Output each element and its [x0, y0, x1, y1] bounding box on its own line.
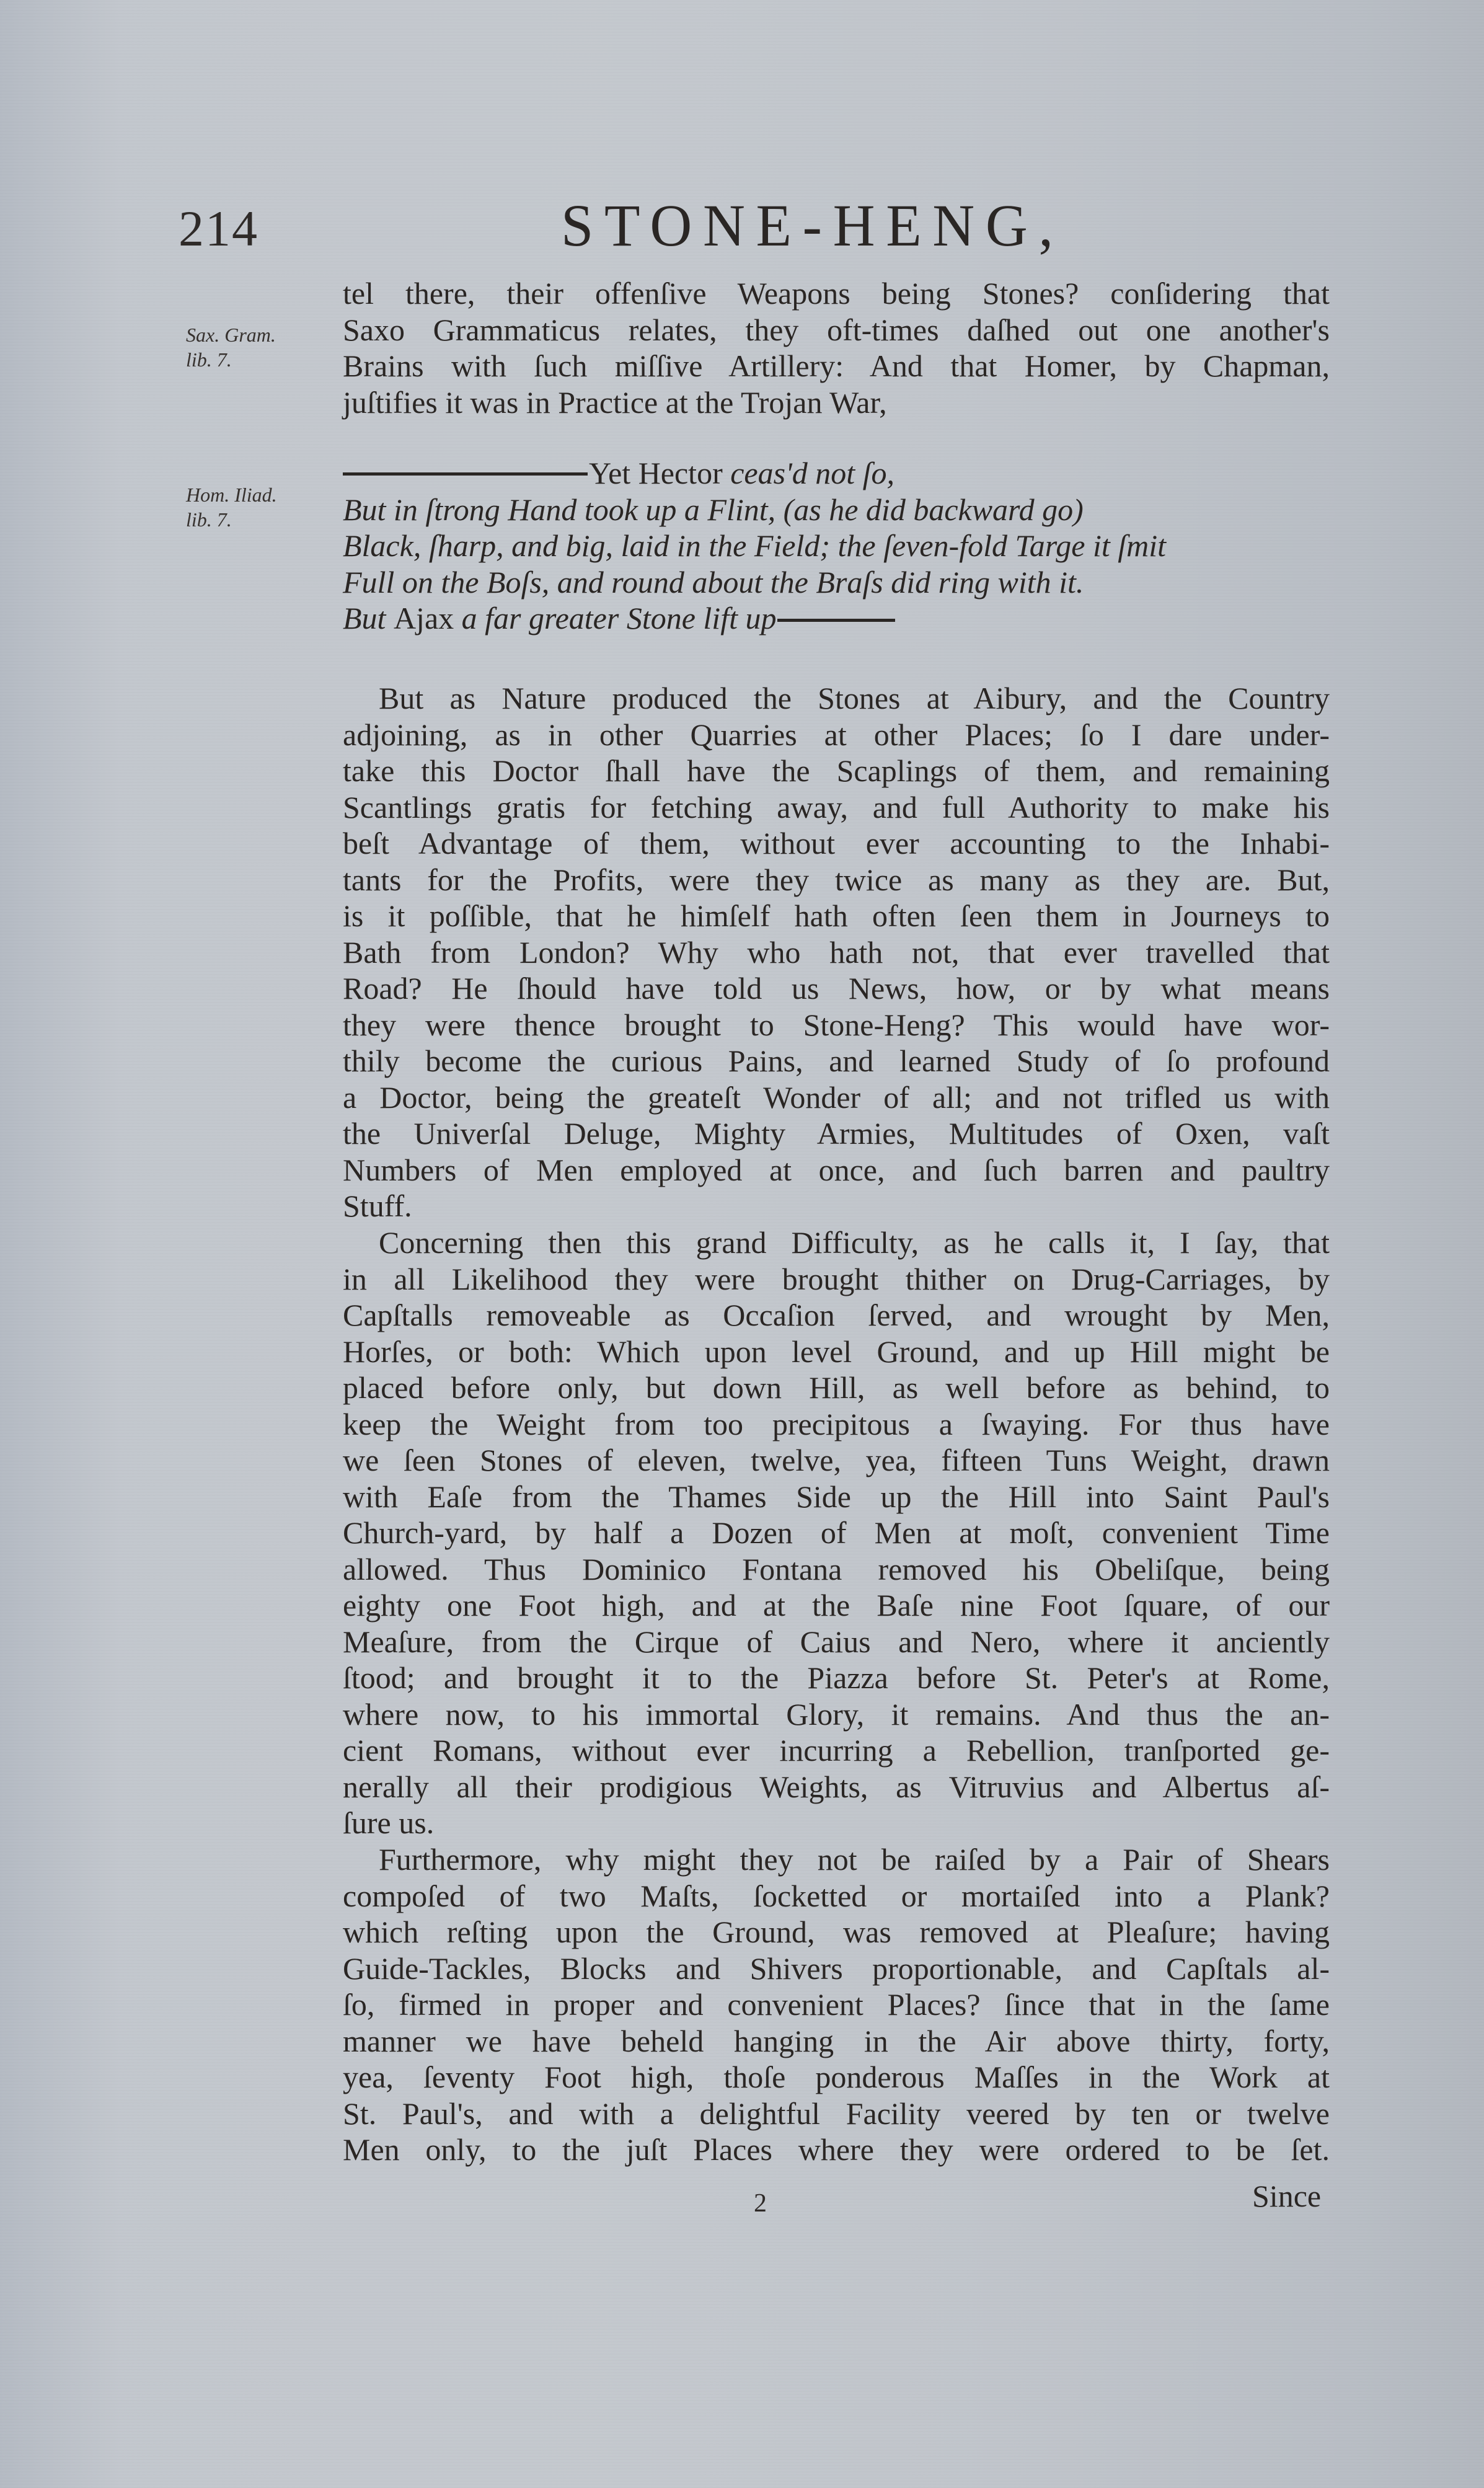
text-line: juſtifies it was in Practice at the Troj…	[343, 384, 1330, 421]
text-line: manner we have beheld hanging in the Air…	[343, 2023, 1330, 2060]
margin-note-line: lib. 7.	[186, 347, 276, 372]
paragraph-2: Concerning then this grand Difficulty, a…	[343, 1224, 1330, 1841]
text-line: nerally all their prodigious Weights, as…	[343, 1769, 1330, 1805]
text-line: ſure us.	[343, 1805, 1330, 1841]
verse-quotation: Yet Hector ceas'd not ſo, But in ſtrong …	[343, 455, 1330, 637]
opening-text: tel there, their offenſive Weapons being…	[343, 275, 1330, 420]
margin-note-saxo: Sax. Gram. lib. 7.	[186, 322, 276, 372]
text-line: tel there, their offenſive Weapons being…	[343, 275, 1330, 312]
margin-note-line: Sax. Gram.	[186, 322, 276, 347]
margin-note-homer: Hom. Iliad. lib. 7.	[186, 482, 277, 532]
text-line: where now, to his immortal Glory, it rem…	[343, 1696, 1330, 1733]
verse-line: Yet Hector ceas'd not ſo,	[343, 455, 1330, 492]
text-line: tants for the Profits, were they twice a…	[343, 862, 1330, 898]
text-line: Bath from London? Why who hath not, that…	[343, 934, 1330, 971]
text-line: keep the Weight from too precipitous a ſ…	[343, 1406, 1330, 1443]
text-line: Horſes, or both: Which upon level Ground…	[343, 1334, 1330, 1370]
verse-line: But Ajax a far greater Stone lift up	[343, 600, 1330, 637]
text-line: St. Paul's, and with a delightful Facili…	[343, 2096, 1330, 2132]
text-line: ſtood; and brought it to the Piazza befo…	[343, 1660, 1330, 1696]
text-line: beſt Advantage of them, without ever acc…	[343, 825, 1330, 862]
text-line: they were thence brought to Stone-Heng? …	[343, 1007, 1330, 1043]
text-line: Men only, to the juſt Places where they …	[343, 2132, 1330, 2168]
text-line: Furthermore, why might they not be raiſe…	[343, 1841, 1330, 1878]
text-line: take this Doctor ſhall have the Scapling…	[343, 753, 1330, 789]
margin-note-line: lib. 7.	[186, 507, 277, 532]
text-line: eighty one Foot high, and at the Baſe ni…	[343, 1587, 1330, 1624]
text-line: compoſed of two Maſts, ſocketted or mort…	[343, 1878, 1330, 1915]
text-line: placed before only, but down Hill, as we…	[343, 1370, 1330, 1406]
text-line: Scantlings gratis for fetching away, and…	[343, 789, 1330, 826]
signature-mark: 2	[754, 2189, 767, 2218]
text-line: ſo, firmed in proper and convenient Plac…	[343, 1986, 1330, 2023]
running-title: STONE-HENG,	[561, 191, 1064, 260]
text-line: is it poſſible, that he himſelf hath oft…	[343, 898, 1330, 934]
dash-rule	[777, 619, 895, 622]
text-line: Stuff.	[343, 1188, 1330, 1224]
text-line: yea, ſeventy Foot high, thoſe ponderous …	[343, 2059, 1330, 2096]
paragraph-3: Furthermore, why might they not be raiſe…	[343, 1841, 1330, 2168]
text-line: But as Nature produced the Stones at Aib…	[343, 680, 1330, 717]
margin-note-line: Hom. Iliad.	[186, 482, 277, 507]
text-line: we ſeen Stones of eleven, twelve, yea, f…	[343, 1442, 1330, 1479]
page-number: 214	[179, 200, 258, 258]
text-line: adjoining, as in other Quarries at other…	[343, 717, 1330, 753]
text-line: Brains with ſuch miſſive Artillery: And …	[343, 348, 1330, 384]
text-line: Meaſure, from the Cirque of Caius and Ne…	[343, 1624, 1330, 1660]
paragraph-1: But as Nature produced the Stones at Aib…	[343, 680, 1330, 1224]
text-line: in all Likelihood they were brought thit…	[343, 1261, 1330, 1298]
verse-line: But in ſtrong Hand took up a Flint, (as …	[343, 492, 1330, 528]
text-line: Capſtalls removeable as Occaſion ſerved,…	[343, 1297, 1330, 1334]
text-line: the Univerſal Deluge, Mighty Armies, Mul…	[343, 1115, 1330, 1152]
text-line: Road? He ſhould have told us News, how, …	[343, 970, 1330, 1007]
catchword: Since	[1252, 2178, 1321, 2214]
verse-line: Full on the Boſs, and round about the Br…	[343, 564, 1330, 601]
text-line: thily become the curious Pains, and lear…	[343, 1043, 1330, 1079]
text-line: with Eaſe from the Thames Side up the Hi…	[343, 1479, 1330, 1515]
text-line: Numbers of Men employed at once, and ſuc…	[343, 1152, 1330, 1189]
text-line: a Doctor, being the greateſt Wonder of a…	[343, 1079, 1330, 1116]
text-line: Guide-Tackles, Blocks and Shivers propor…	[343, 1950, 1330, 1987]
text-line: cient Romans, without ever incurring a R…	[343, 1732, 1330, 1769]
text-line: Church-yard, by half a Dozen of Men at m…	[343, 1515, 1330, 1551]
text-line: Saxo Grammaticus relates, they oft-times…	[343, 312, 1330, 348]
dash-rule	[343, 472, 588, 476]
text-line: allowed. Thus Dominico Fontana removed h…	[343, 1551, 1330, 1588]
text-line: Concerning then this grand Difficulty, a…	[343, 1224, 1330, 1261]
text-line: which reſting upon the Ground, was remov…	[343, 1914, 1330, 1950]
verse-line: Black, ſharp, and big, laid in the Field…	[343, 528, 1330, 564]
